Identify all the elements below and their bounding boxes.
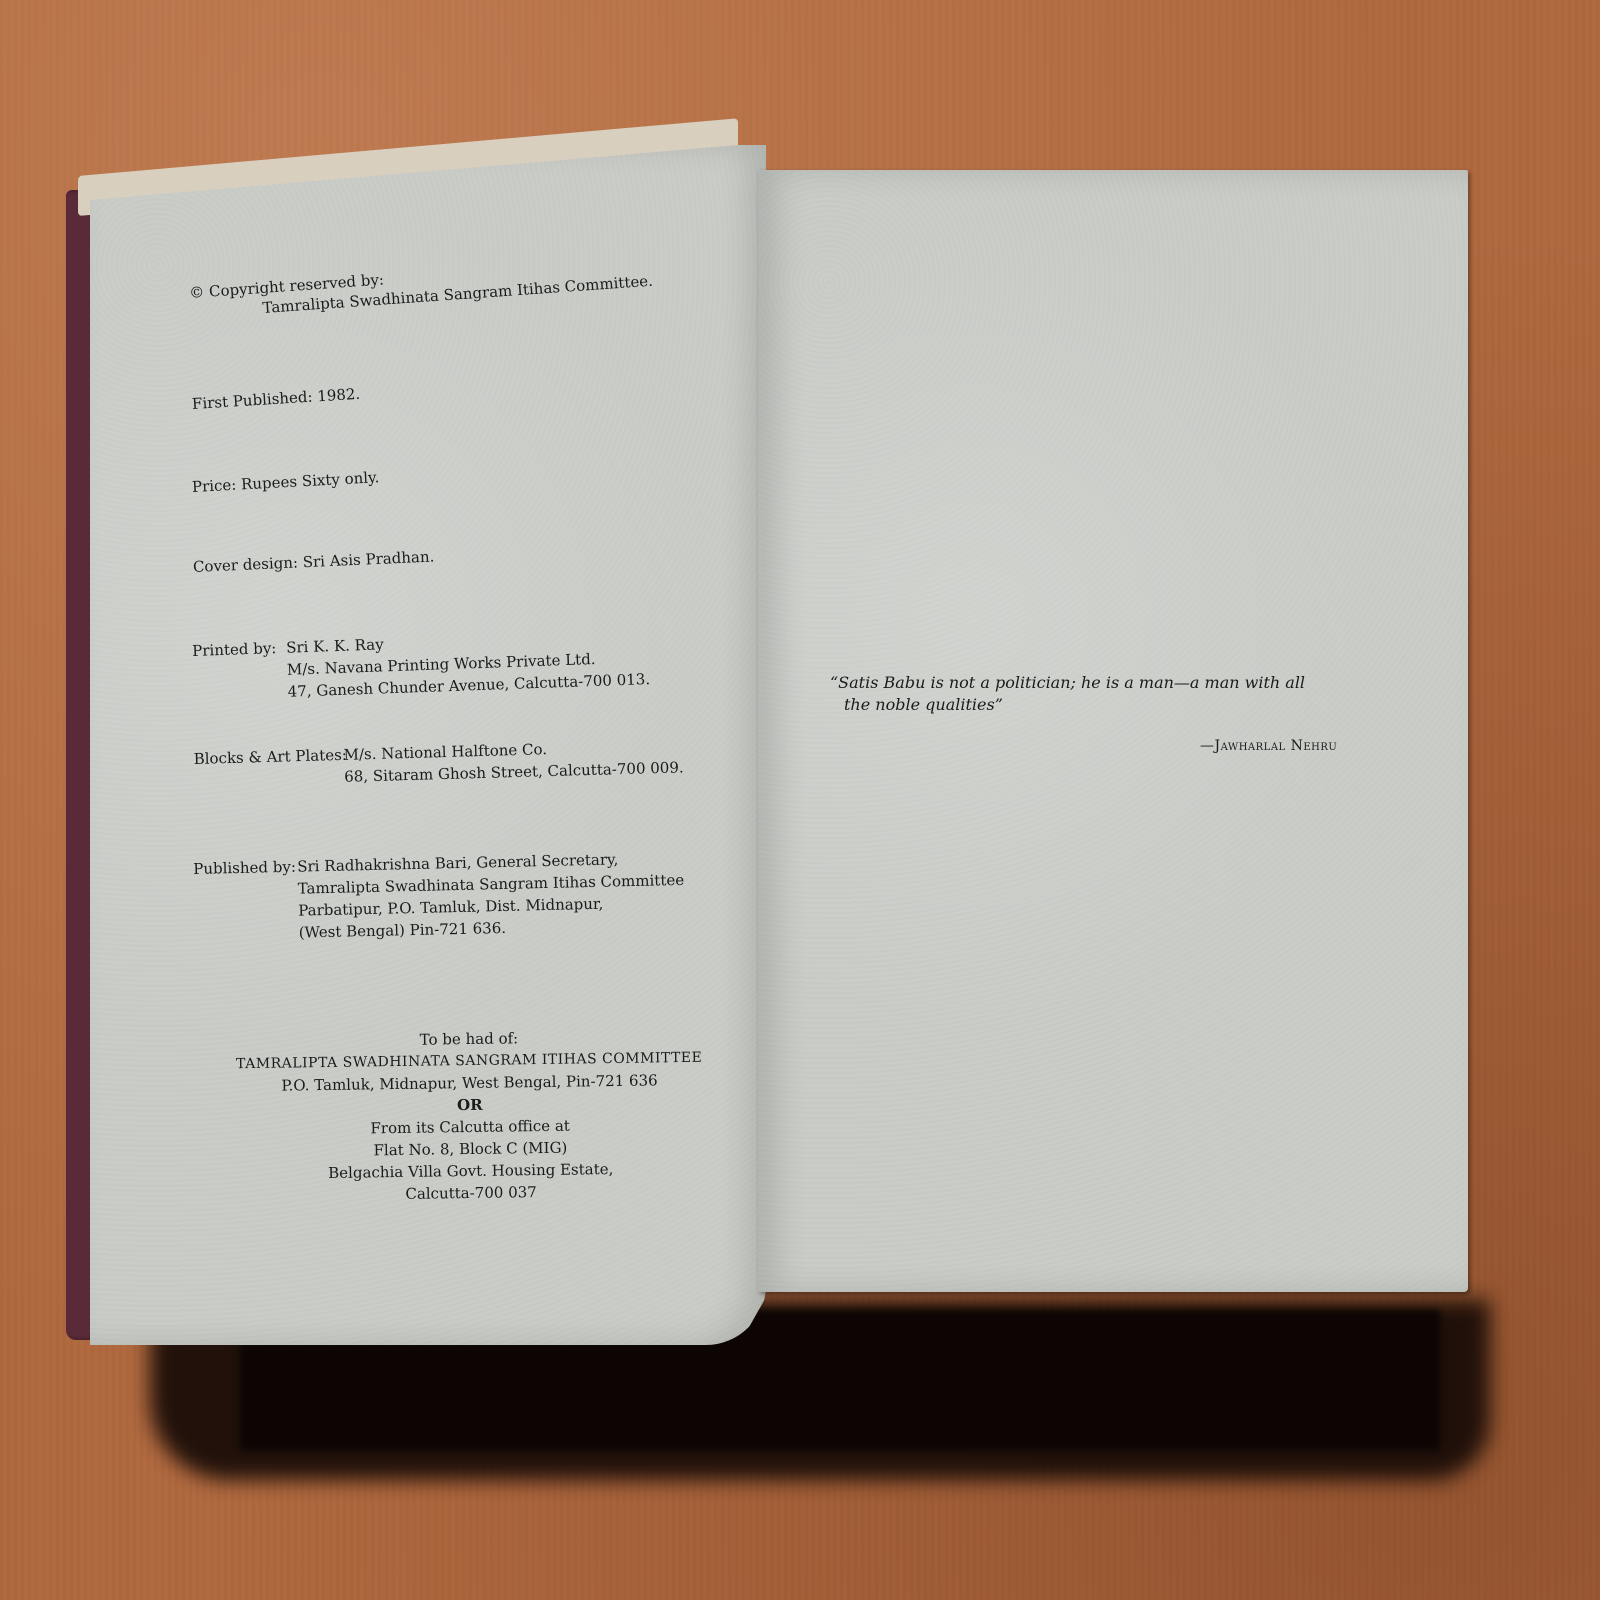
availability-block: To be had of: TAMRALIPTA SWADHINATA SANG… bbox=[209, 1024, 731, 1207]
quote-line-1: “Satis Babu is not a politician; he is a… bbox=[830, 672, 1370, 694]
price-label: Price: bbox=[192, 476, 237, 496]
published-by-label: Published by: bbox=[193, 856, 297, 880]
copyright-symbol: © bbox=[189, 283, 205, 302]
quote-attribution: —Jawharlal Nehru bbox=[1200, 738, 1337, 754]
first-published-value: 1982. bbox=[317, 385, 361, 406]
attribution-name: —Jawharlal Nehru bbox=[1200, 738, 1337, 754]
epigraph-quote: “Satis Babu is not a politician; he is a… bbox=[830, 672, 1370, 716]
blocks-art-plates-label: Blocks & Art Plates: bbox=[193, 744, 344, 770]
printed-by-label: Printed by: bbox=[192, 637, 287, 662]
quote-line-2: the noble qualities” bbox=[830, 694, 1370, 716]
published-by: Published by: Sri Radhakrishna Bari, Gen… bbox=[193, 847, 685, 946]
right-page bbox=[758, 170, 1468, 1292]
